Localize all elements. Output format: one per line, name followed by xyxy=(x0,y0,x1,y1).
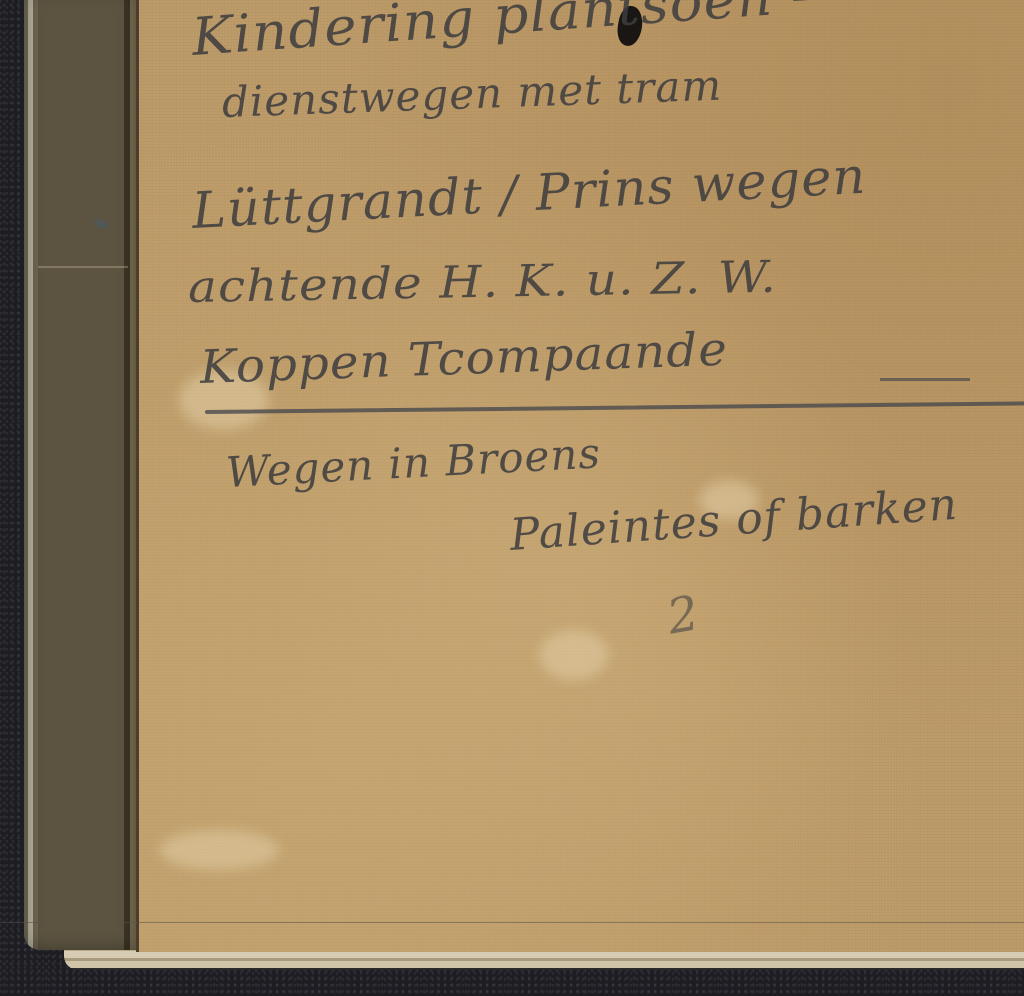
handwritten-line-4: achtende H. K. u. Z. W. xyxy=(188,252,778,313)
spine-mark xyxy=(93,218,109,230)
book-spine xyxy=(24,0,136,950)
protective-film-edge xyxy=(0,922,1024,923)
scuff-mark xyxy=(159,830,279,870)
scuff-mark xyxy=(539,630,609,680)
handwritten-underline xyxy=(880,378,970,381)
